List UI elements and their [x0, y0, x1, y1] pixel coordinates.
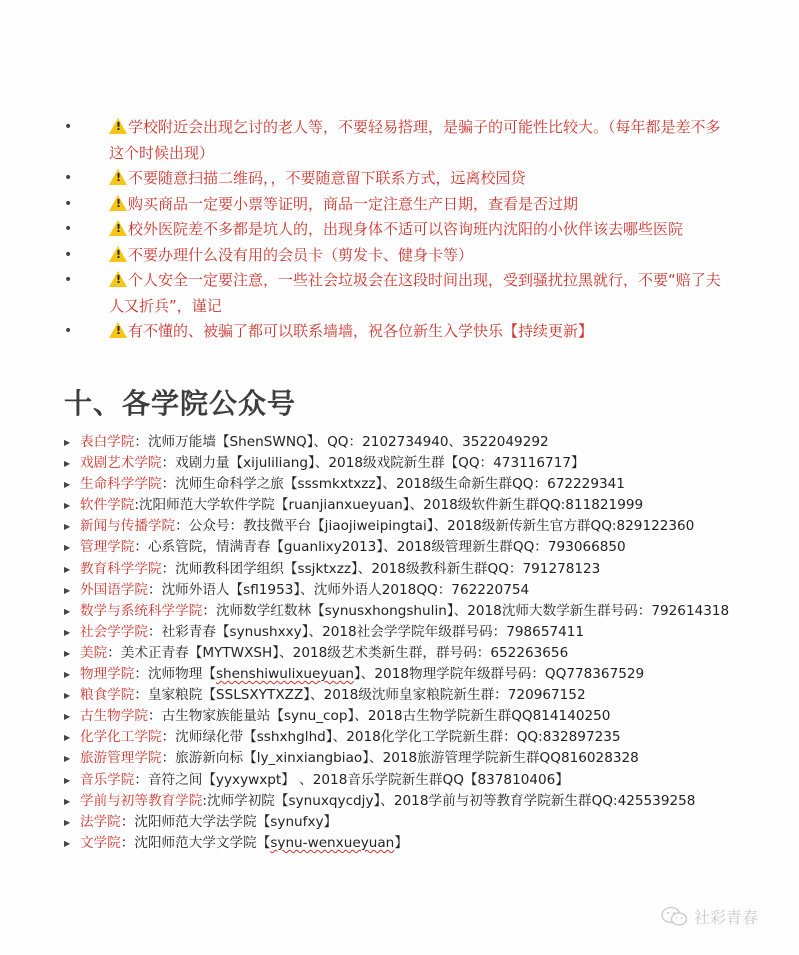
college-detail: 皇家粮院【SSLSXYTXZZ】、2018级沈师皇家粮院新生群：72096715… [148, 687, 586, 703]
warning-icon [109, 118, 127, 134]
triangle-bullet-icon: ▶ [64, 516, 70, 537]
college-detail-post: 】、2018物理学院年级群号码：QQ778367529 [354, 666, 644, 682]
college-detail: 社彩青春【synushxxy】、2018社会学学院年级群号码：798657411 [162, 624, 585, 640]
separator: ： [134, 539, 148, 555]
separator: ： [175, 518, 189, 534]
college-item: ▶ 教育科学学院：沈师教科团学组织【ssjktxzz】、2018级教科新生群QQ… [0, 559, 799, 580]
triangle-bullet-icon: ▶ [64, 432, 70, 453]
warning-text: 个人安全一定要注意，一些社会垃圾会在这段时间出现，受到骚扰拉黑就行，不要“赔了夫… [109, 271, 721, 315]
college-detail: 公众号：教技微平台【jiaojiweipingtai】、2018级新传新生官方群… [189, 518, 695, 534]
triangle-bullet-icon: ▶ [64, 453, 70, 474]
college-detail: 沈师绿化带【sshxhglhd】、2018化学化工学院新生群：QQ:832897… [175, 729, 620, 745]
triangle-bullet-icon: ▶ [64, 537, 70, 558]
college-item: ▶ 学前与初等教育学院:沈师学初院【synuxqycdjy】、2018学前与初等… [0, 791, 799, 812]
college-name: 表白学院 [80, 434, 134, 450]
college-item: ▶ 数学与系统科学学院：沈师数学红数林【synusxhongshulin】、20… [0, 601, 799, 622]
bullet-dot: • [64, 115, 74, 141]
section-title: 十、各学院公众号 [64, 384, 296, 424]
triangle-bullet-icon: ▶ [64, 474, 70, 495]
college-name: 新闻与传播学院 [80, 518, 175, 534]
college-name: 社会学学院 [80, 624, 148, 640]
college-name: 学前与初等教育学院 [80, 793, 202, 809]
separator: ： [148, 624, 162, 640]
college-detail: 沈师学初院【synuxqycdjy】、2018学前与初等教育学院新生群QQ:42… [207, 793, 696, 809]
warning-icon [109, 246, 127, 262]
college-detail: 旅游新向标【ly_xinxiangbiao】、2018旅游管理学院新生群QQ81… [175, 750, 639, 766]
college-item: ▶ 旅游管理学院：旅游新向标【ly_xinxiangbiao】、2018旅游管理… [0, 748, 799, 769]
triangle-bullet-icon: ▶ [64, 580, 70, 601]
separator: ： [134, 666, 148, 682]
college-detail-pre: 沈阳师范大学文学院【 [134, 835, 270, 851]
college-detail-pre: 沈师物理【 [148, 666, 216, 682]
separator: ： [162, 750, 176, 766]
warning-text: 学校附近会出现乞讨的老人等，不要轻易搭理，是骗子的可能性比较大。（每年都是差不多… [109, 118, 721, 162]
warning-item: • 不要办理什么没有用的会员卡（剪发卡、健身卡等） [0, 243, 799, 269]
separator: ： [162, 561, 176, 577]
safety-warnings-list: • 学校附近会出现乞讨的老人等，不要轻易搭理，是骗子的可能性比较大。（每年都是差… [0, 115, 799, 345]
college-name: 文学院 [80, 835, 121, 851]
college-item: ▶ 管理学院：心系管院，情满青春【guanlixy2013】、2018级管理新生… [0, 537, 799, 558]
college-accounts-list: ▶ 表白学院：沈师万能墙【ShenSWNQ】、QQ：2102734940、352… [0, 432, 799, 854]
college-item: ▶ 文学院：沈阳师范大学文学院【synu-wenxueyuan】 [0, 833, 799, 854]
college-detail: 心系管院，情满青春【guanlixy2013】、2018级管理新生群QQ：793… [148, 539, 626, 555]
college-item: ▶ 表白学院：沈师万能墙【ShenSWNQ】、QQ：2102734940、352… [0, 432, 799, 453]
wechat-watermark: 社彩青春 [661, 905, 758, 928]
college-detail: 音符之间【yyxywxpt】 、2018音乐学院新生群QQ【837810406】 [148, 772, 569, 788]
document-page: • 学校附近会出现乞讨的老人等，不要轻易搭理，是骗子的可能性比较大。（每年都是差… [0, 0, 799, 955]
warning-icon [109, 220, 127, 236]
spellcheck-underlined-text: shenshiwulixueyuan [216, 666, 354, 682]
wechat-icon [661, 906, 689, 928]
triangle-bullet-icon: ▶ [64, 601, 70, 622]
bullet-dot: • [64, 319, 74, 345]
college-name: 粮食学院 [80, 687, 134, 703]
college-name: 美院 [80, 645, 107, 661]
triangle-bullet-icon: ▶ [64, 685, 70, 706]
college-item: ▶ 美院：美术正青春【MYTWXSH】、2018级艺术类新生群，群号码：6522… [0, 643, 799, 664]
college-item: ▶ 新闻与传播学院：公众号：教技微平台【jiaojiweipingtai】、20… [0, 516, 799, 537]
college-name: 物理学院 [80, 666, 134, 682]
warning-icon [109, 271, 127, 287]
college-detail: 沈师万能墙【ShenSWNQ】、QQ：2102734940、3522049292 [148, 434, 549, 450]
warning-item: • 不要随意扫描二维码，，不要随意留下联系方式，远离校园贷 [0, 166, 799, 192]
triangle-bullet-icon: ▶ [64, 622, 70, 643]
triangle-bullet-icon: ▶ [64, 495, 70, 516]
separator: ： [107, 645, 121, 661]
warning-icon [109, 195, 127, 211]
separator: ： [148, 708, 162, 724]
separator: ： [202, 603, 216, 619]
college-detail: 沈师数学红数林【synusxhongshulin】、2018沈师大数学新生群号码… [216, 603, 729, 619]
warning-icon [109, 322, 127, 338]
college-name: 软件学院 [80, 497, 134, 513]
bullet-dot: • [64, 192, 74, 218]
warning-text: 购买商品一定要小票等证明，商品一定注意生产日期，查看是否过期 [128, 195, 578, 213]
college-detail: 沈阳师范大学法学院【synufxy】 [134, 814, 337, 830]
college-item: ▶ 音乐学院：音符之间【yyxywxpt】 、2018音乐学院新生群QQ【837… [0, 770, 799, 791]
bullet-dot: • [64, 243, 74, 269]
separator: ： [162, 729, 176, 745]
college-name: 戏剧艺术学院 [80, 455, 162, 471]
warning-item: • 购买商品一定要小票等证明，商品一定注意生产日期，查看是否过期 [0, 192, 799, 218]
warning-item: • 有不懂的、被骗了都可以联系墙墙，祝各位新生入学快乐【持续更新】 [0, 319, 799, 345]
college-detail: 沈师教科团学组织【ssjktxzz】、2018级教科新生群QQ：79127812… [175, 561, 600, 577]
college-name: 教育科学学院 [80, 561, 162, 577]
college-item: ▶ 古生物学院：古生物家族能量站【synu_cop】、2018古生物学院新生群Q… [0, 706, 799, 727]
warning-text: 校外医院差不多都是坑人的，出现身体不适可以咨询班内沈阳的小伙伴该去哪些医院 [128, 220, 683, 238]
warning-item: • 个人安全一定要注意，一些社会垃圾会在这段时间出现，受到骚扰拉黑就行，不要“赔… [0, 268, 799, 319]
bullet-dot: • [64, 268, 74, 294]
separator: ： [148, 582, 162, 598]
warning-icon [109, 169, 127, 185]
college-detail: 沈阳师范大学软件学院【ruanjianxueyuan】、2018级软件新生群QQ… [139, 497, 643, 513]
college-name: 音乐学院 [80, 772, 134, 788]
college-item: ▶ 粮食学院：皇家粮院【SSLSXYTXZZ】、2018级沈师皇家粮院新生群：7… [0, 685, 799, 706]
separator: ： [134, 434, 148, 450]
warning-text: 不要办理什么没有用的会员卡（剪发卡、健身卡等） [128, 246, 473, 264]
separator: ： [121, 835, 135, 851]
college-detail: 古生物家族能量站【synu_cop】、2018古生物学院新生群QQ8141402… [162, 708, 611, 724]
separator: ： [162, 476, 176, 492]
college-name: 外国语学院 [80, 582, 148, 598]
college-item: ▶ 软件学院:沈阳师范大学软件学院【ruanjianxueyuan】、2018级… [0, 495, 799, 516]
triangle-bullet-icon: ▶ [64, 833, 70, 854]
college-detail: 沈师外语人【sfl1953】、沈师外语人2018QQ：762220754 [162, 582, 530, 598]
separator: ： [121, 814, 135, 830]
college-detail-post: 】 [394, 835, 408, 851]
college-name: 化学化工学院 [80, 729, 162, 745]
triangle-bullet-icon: ▶ [64, 791, 70, 812]
college-item: ▶ 外国语学院：沈师外语人【sfl1953】、沈师外语人2018QQ：76222… [0, 580, 799, 601]
college-name: 古生物学院 [80, 708, 148, 724]
warning-item: • 校外医院差不多都是坑人的，出现身体不适可以咨询班内沈阳的小伙伴该去哪些医院 [0, 217, 799, 243]
triangle-bullet-icon: ▶ [64, 643, 70, 664]
warning-text: 不要随意扫描二维码，，不要随意留下联系方式，远离校园贷 [128, 169, 526, 187]
triangle-bullet-icon: ▶ [64, 706, 70, 727]
triangle-bullet-icon: ▶ [64, 664, 70, 685]
triangle-bullet-icon: ▶ [64, 559, 70, 580]
college-name: 管理学院 [80, 539, 134, 555]
college-item: ▶ 法学院：沈阳师范大学法学院【synufxy】 [0, 812, 799, 833]
college-detail: 美术正青春【MYTWXSH】、2018级艺术类新生群，群号码：652263656 [121, 645, 568, 661]
college-name: 生命科学学院 [80, 476, 162, 492]
college-name: 旅游管理学院 [80, 750, 162, 766]
bullet-dot: • [64, 217, 74, 243]
spellcheck-underlined-text: synu-wenxueyuan [270, 835, 394, 851]
college-item: ▶ 生命科学学院：沈师生命科学之旅【sssmkxtxzz】、2018级生命新生群… [0, 474, 799, 495]
college-detail: 沈师生命科学之旅【sssmkxtxzz】、2018级生命新生群QQ：672229… [175, 476, 625, 492]
college-detail: 戏剧力量【xijuliliang】、2018级戏院新生群【QQ：47311671… [175, 455, 584, 471]
college-name: 法学院 [80, 814, 121, 830]
watermark-text: 社彩青春 [694, 905, 758, 928]
separator: ： [134, 772, 148, 788]
college-item: ▶ 化学化工学院：沈师绿化带【sshxhglhd】、2018化学化工学院新生群：… [0, 727, 799, 748]
warning-text: 有不懂的、被骗了都可以联系墙墙，祝各位新生入学快乐【持续更新】 [128, 322, 593, 340]
warning-item: • 学校附近会出现乞讨的老人等，不要轻易搭理，是骗子的可能性比较大。（每年都是差… [0, 115, 799, 166]
college-name: 数学与系统科学学院 [80, 603, 202, 619]
triangle-bullet-icon: ▶ [64, 748, 70, 769]
triangle-bullet-icon: ▶ [64, 812, 70, 833]
separator: ： [134, 687, 148, 703]
college-item: ▶ 戏剧艺术学院：戏剧力量【xijuliliang】、2018级戏院新生群【QQ… [0, 453, 799, 474]
separator: ： [162, 455, 176, 471]
bullet-dot: • [64, 166, 74, 192]
triangle-bullet-icon: ▶ [64, 770, 70, 791]
college-item: ▶ 物理学院：沈师物理【shenshiwulixueyuan】、2018物理学院… [0, 664, 799, 685]
triangle-bullet-icon: ▶ [64, 727, 70, 748]
college-item: ▶ 社会学学院：社彩青春【synushxxy】、2018社会学学院年级群号码：7… [0, 622, 799, 643]
